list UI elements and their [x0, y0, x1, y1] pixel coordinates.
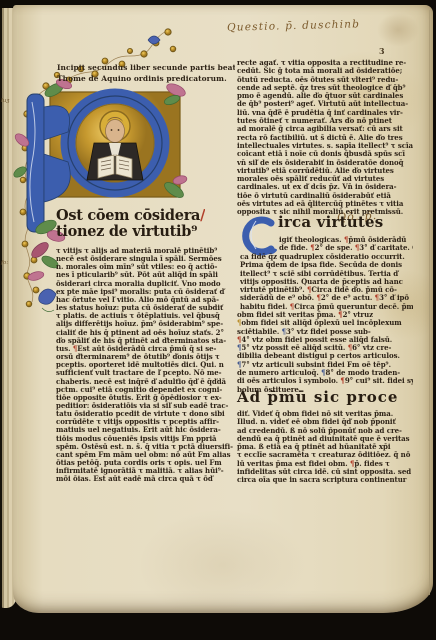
text-line: dendū ea q̄ ptinēt ad diuinitatē que ē v… [237, 435, 413, 443]
text-line: dibilia debeant distigui p certos articu… [237, 352, 413, 360]
text-line: cant spēm Fm mām uel obm: nō aūt Fm alia… [56, 451, 233, 459]
text-line: diť. Videť q̄ obm fidei nō sit veritas p… [237, 410, 413, 418]
text-line: ōsiderari circa moralia dupliciť. Vno mo… [56, 280, 233, 288]
right-column-indented-lines: igiť theologicas. ¶p̄mū ōsiderādūde fide… [279, 236, 413, 253]
text-line: n. morales oīm mīn⁹ sūt vtiles: eo q̄ ac… [56, 263, 233, 271]
left-column-heading: Ost cōem cōsidera/tionez de virtutib⁹ [56, 208, 205, 239]
text-line: virtutib⁹ etiā corrūdētiū. Alie ďo virtu… [237, 167, 413, 175]
text-line: intellectuales virtutes. s. sapīa itelle… [237, 142, 413, 150]
text-line: vn̄ siľ de eis ōsiderabiť in ōsideratōe … [237, 159, 413, 167]
text-line: habitu fidei. ¶Circa p̄mū queruntur decē… [240, 303, 413, 311]
text-line: ad credendū. ß nō solū p̄ponūť nob ad cr… [237, 427, 413, 435]
text-line: virtutē ptinētib⁹. ¶Circa fidē ďo. p̄mū … [240, 286, 413, 294]
text-line: ca fidē q̄z quadruplex cōsideratio occur… [240, 253, 413, 261]
text-line: tiōe opposite ōtutis. Erit ḡ ōpēdiosior … [56, 394, 233, 402]
text-line: corrūdēte τ vitijs oppositis τ pceptis a… [56, 418, 233, 426]
text-line: nes ī pticularib⁹ sūt. Pōt aūt aliq̄d in… [56, 271, 233, 279]
text-line: mōi ōias. Est aūt eadē mā circa quā τ ōď [56, 475, 233, 483]
text-line: lū veritas p̄ma est fidei obm. ¶p̄. fide… [237, 460, 413, 468]
text-line: ¶4° vtz obm fidei possit esse aliq̄d fal… [237, 336, 413, 344]
text-line: oēs virtutes ad eā q̄litercūq̄ ptinētes … [237, 200, 413, 208]
right-column-text-mid: ca fidē q̄z quadruplex cōsideratio occur… [240, 253, 413, 311]
text-line: ďo spāliť de his q̄ ptinēt ad ďterminato… [56, 337, 233, 345]
text-line: coīcant etiā ī noīe cū donis q̄busdā spū… [237, 150, 413, 158]
text-line: recte agať. τ vitia opposita a rectitudi… [237, 59, 413, 67]
text-line: sciētiabile. ¶3° vtz fidei posse sub- [237, 328, 413, 336]
text-line: sufficienť vult tractare de ľ pcepto. Nō… [56, 369, 233, 377]
text-line: itellect⁹ τ sciē sibi corrūdētibus. Tert… [240, 270, 413, 278]
text-line: ōtutū reducta. oēs ōtutes sūt vlteri⁹ re… [237, 76, 413, 84]
text-line: pmo ē agendū. alie ďo q̄tuor sūt cardina… [237, 92, 413, 100]
initial-stem [27, 94, 44, 232]
text-line: infirmitatē ignorātiā τ malitiā. τ alias… [56, 467, 233, 475]
text-line: Prima q̄dem de ipsa fide. Secūda de doni… [240, 261, 413, 269]
text-line: de fide. ¶2° de spe. ¶3° ď caritate. Cir… [279, 244, 413, 252]
section-heading-ad-primum: Ad p̄mū sic proce [237, 388, 398, 406]
text-line: Illud. n. videť eē obm fidei q̄ď nob p̄p… [237, 418, 413, 426]
text-line: tionez de virtutib⁹ [56, 224, 205, 240]
text-line: recta rō factibiliū. ut s̄ dictū ē. Alie… [237, 134, 413, 142]
text-line: peditior: ōsideratiōis via si siľ sub ea… [56, 402, 233, 410]
text-line: orsū ďterminarem⁹ de ōtutib⁹ ďonis ōtijs… [56, 353, 233, 361]
text-line: alijs differētijs hoīuz. p̄m⁹ ōsiderabim… [56, 320, 233, 328]
text-line: obm fidei sit veritas p̄ma. ¶2° vtruz [237, 311, 413, 319]
incipit-rubric: Incipit secundus liber secunde partis be… [57, 63, 235, 85]
text-line: hac ōrtute vel ľ vitio. Alio mō q̄ntū ad… [56, 296, 233, 304]
manuscript-photo: luʒ fo: Questio. p̄. duschinb 3 Qō. p̄. [0, 0, 436, 640]
text-line: tiōe ō virtutū cardinaliū ōsiderabūť eti… [237, 192, 413, 200]
text-line: liū. vna q̄ďē ē prudētia q̄ inť cardinal… [237, 109, 413, 117]
text-line: ad moralē ḡ circa agibilia versať: cū ar… [237, 125, 413, 133]
section-heading-circa-virtutes: irca virtutes [278, 213, 383, 231]
right-column-text-bottom: diť. Videť q̄ obm fidei nō sit veritas p… [237, 410, 413, 485]
text-line: cedūt. Sic ḡ tota mā morali ad ōsiderati… [237, 67, 413, 75]
text-line: necē est ōsiderare singula ī spāli. Serm… [56, 255, 233, 263]
text-line: circa oīa que in sacra scriptura contine… [237, 476, 413, 484]
text-line: les status hoīuz: puta cū ōsiderať de su… [56, 304, 233, 312]
text-line: ex pte māe ipsi⁹ moralis: puta cū ōsider… [56, 288, 233, 296]
text-line: ¶5° vtz possit eē aliq̄d scitū. ¶6° vtz … [237, 344, 413, 352]
text-line: ¶7° vtz articuli subsint fidei Fm oē tēp… [237, 361, 413, 369]
text-line: di oēs articulos ī symbolo. ¶9° cui⁹ sit… [237, 377, 413, 385]
text-line: Incipit secundus liber secunde partis be… [57, 63, 235, 74]
text-line: tutes ōtineť τ numerať. Ars ďo nō ptinet [237, 117, 413, 125]
text-line: infidelitas sūt circa idē. cū sint oppos… [237, 468, 413, 476]
text-line: morales oēs spāliť reducūť ad virtutes [237, 175, 413, 183]
text-line: p̄ma. ß etiā ea q̄ ptinēt ad hūanitatē x… [237, 443, 413, 451]
text-line: matiuis uel negatiuis. Erit aūt hic ōsid… [56, 426, 233, 434]
folio-mark: 3 [379, 46, 385, 56]
text-line: igiť theologicas. ¶p̄mū ōsiderādū [279, 236, 413, 244]
right-column-questions: obm fidei sit veritas p̄ma. ¶2° vtruz¶ob… [237, 311, 413, 394]
right-column-text-top: recte agať. τ vitia opposita a rectitudi… [237, 59, 413, 217]
text-line: chaberis. necē est inq̄rē ď adulťio q̄ď … [56, 378, 233, 386]
text-line: siderādū de e⁹ obō. ¶2° de e⁹ actu. ¶3° … [240, 294, 413, 302]
text-line: tus. ¶Est aūt ōsiderādū circa p̄mū q̄ si… [56, 345, 233, 353]
text-line: tiōis modus cōueniēs ipsis vitijs Fm ppr… [56, 435, 233, 443]
text-line: ¶obm fidei sit aliq̄d ōplexū uel incōple… [237, 319, 413, 327]
text-line: de numero articuloq̄. ¶8° de modo traden… [237, 369, 413, 377]
text-line: vitijs oppositis. Quarta de p̄ceptis ad … [240, 278, 413, 286]
text-line: pctm. cui⁹ etiā cognitio dependet ex cog… [56, 386, 233, 394]
text-line: τ platis. de actiuis τ ōtēplatiuis. vel … [56, 312, 233, 320]
page-edge-crease [429, 10, 430, 595]
text-line: cardinales. ut ex ď dcīs p̄z. Vn̄ in ōsi… [237, 183, 413, 191]
text-line: ōtias petōq̄. puta cordis oris τ opis. u… [56, 459, 233, 467]
text-line: τ ecclīe sacramēta τ creaturaz ōditiōez.… [237, 451, 413, 459]
text-line: de q̄b⁹ posteri⁹ ageť. Virtutū aūt intel… [237, 100, 413, 108]
text-line: cialiť de his q̄ ptinent ad oēs hoīuz st… [56, 329, 233, 337]
text-line: τ vitijs τ alijs ad materiā moralē ptinē… [56, 247, 233, 255]
text-line: pceptis. oporteret idē multotiēs dici. Q… [56, 361, 233, 369]
text-line: Ost cōem cōsidera/ [56, 208, 205, 224]
left-column-text: τ vitijs τ alijs ad materiā moralē ptinē… [56, 247, 233, 484]
text-line: cende ad septē. q̄z tres sūt theologice … [237, 84, 413, 92]
text-line: spēm. Ostēsū est. n. s̄. q̄ vitia τ pctā… [56, 443, 233, 451]
text-line: tatu ōsideratio pcedit de virtute τ dono… [56, 410, 233, 418]
text-line: Thome de Aquino ordinis predicatorum. [57, 74, 235, 85]
